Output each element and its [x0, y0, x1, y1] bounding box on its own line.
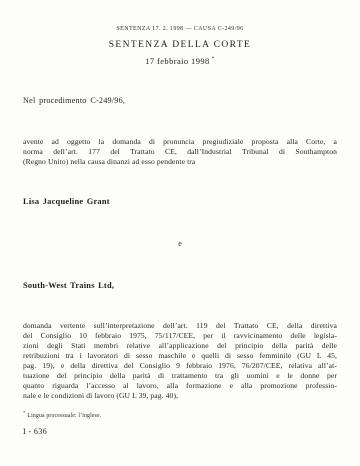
page-number: I - 636 [23, 427, 337, 436]
paragraph-line: zioni degli Stati membri relative all’ap… [23, 341, 337, 351]
description-paragraph: domanda vertente sull’interpretazione de… [23, 321, 337, 401]
paragraph-line: quanto riguarda l’accesso al lavoro, all… [23, 381, 337, 391]
paragraph-line: domanda vertente sull’interpretazione de… [23, 321, 337, 331]
paragraph-line: retribuzioni tra i lavoratori di sesso m… [23, 351, 337, 361]
paragraph-line: nale e le condizioni di lavoro (GU L 39,… [23, 391, 337, 401]
footnote-marker: * [23, 410, 25, 415]
footnote: *Lingua processuale: l’inglese. [23, 409, 337, 420]
paragraph-line: norma dell’art. 177 del Trattato CE, dal… [23, 147, 337, 157]
date-line: 17 febbraio 1998* [23, 54, 337, 66]
paragraph-line: del Consiglio 10 febbraio 1975, 75/117/C… [23, 331, 337, 341]
versus-label: e [23, 239, 337, 249]
case-intro: Nel procedimento C-249/96, [23, 96, 337, 106]
date-text: 17 febbraio 1998 [145, 56, 209, 66]
defendant-name: South-West Trains Ltd, [23, 280, 337, 291]
date-footnote-marker: * [212, 56, 215, 62]
page-title: SENTENZA DELLA CORTE [23, 40, 337, 51]
subject-paragraph: avente ad oggetto la domanda di pronunci… [23, 137, 337, 167]
document-page: SENTENZA 17. 2. 1998 — CAUSA C-249/96 SE… [0, 0, 360, 466]
running-header: SENTENZA 17. 2. 1998 — CAUSA C-249/96 [23, 26, 337, 32]
paragraph-line: avente ad oggetto la domanda di pronunci… [23, 137, 337, 147]
footnote-text: Lingua processuale: l’inglese. [27, 413, 101, 419]
paragraph-line: tuazione del principio della parità di t… [23, 371, 337, 381]
applicant-name: Lisa Jacqueline Grant [23, 196, 337, 207]
paragraph-line: pag. 19), e della direttiva del Consigli… [23, 361, 337, 371]
paragraph-line: (Regno Unito) nella causa dinanzi ad ess… [23, 157, 337, 167]
